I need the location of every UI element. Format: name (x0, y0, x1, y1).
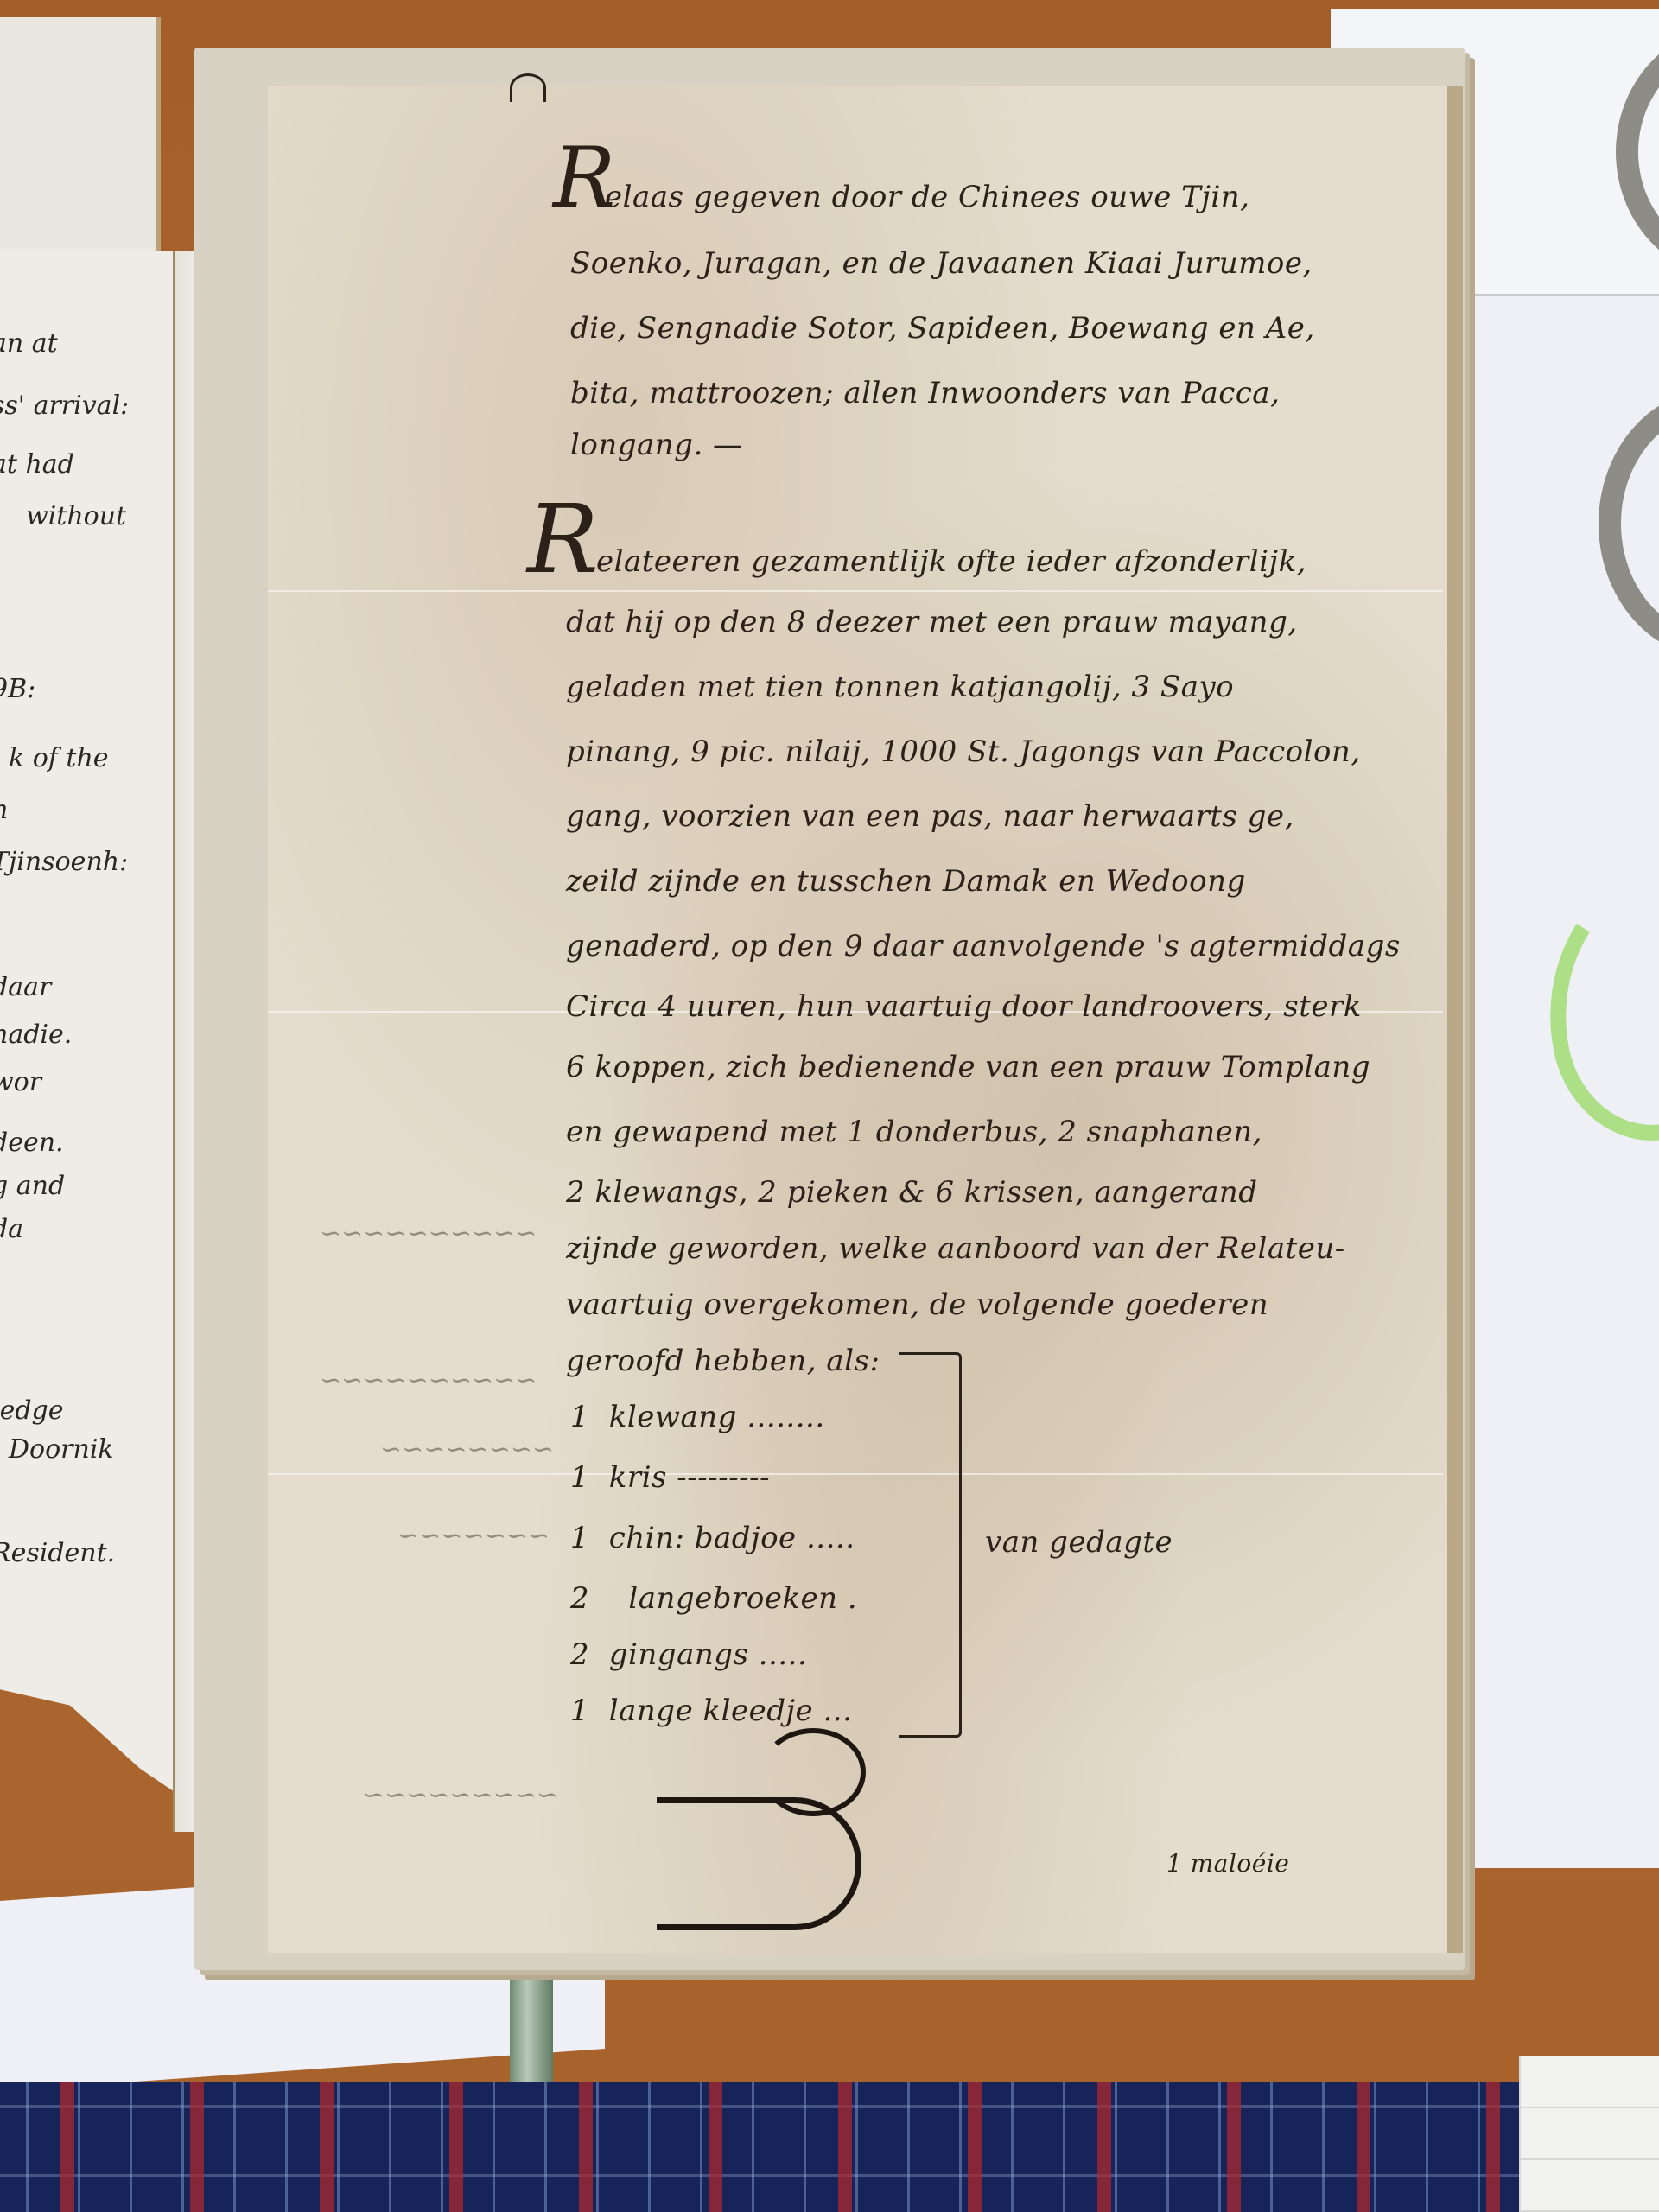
item-qty: 1 (570, 1694, 589, 1728)
left-fragment: da (0, 1214, 23, 1244)
body-line: genaderd, op den 9 daar aanvolgende 's a… (566, 929, 1401, 963)
fold-line (268, 1473, 1443, 1475)
left-fragment: n (0, 795, 8, 825)
item-name: lange kleedje ... (609, 1694, 853, 1728)
left-fragment: an at (0, 328, 58, 359)
body-line: vaartuig overgekomen, de volgende goeder… (566, 1287, 1268, 1322)
body-line: gang, voorzien van een pas, naar herwaar… (566, 799, 1294, 834)
item-name: chin: badjoe ..... (609, 1521, 855, 1555)
item-qty: 2 (570, 1581, 589, 1616)
left-page-top-sheet (0, 17, 161, 259)
inventory-item: 1 lange kleedje ... (570, 1694, 852, 1728)
left-fragment: g and (0, 1171, 65, 1201)
item-qty: 1 (570, 1460, 589, 1495)
body-line: dat hij op den 8 deezer met een prauw ma… (566, 605, 1298, 639)
inventory-item: 1 klewang ........ (570, 1400, 825, 1434)
body-initial: R (527, 484, 599, 594)
body-line: zeild zijnde en tusschen Damak en Wedoon… (566, 864, 1246, 899)
body-line: 2 klewangs, 2 pieken & 6 krissen, aanger… (566, 1175, 1258, 1210)
ribbon-bookmark (510, 1953, 553, 2082)
left-fragment: ss' arrival: (0, 391, 129, 421)
plaid-cloth (0, 2082, 1659, 2212)
left-fragment: wor (0, 1067, 41, 1097)
bleed-through-text: ~~~~~~~~ (380, 1434, 554, 1465)
page-number-mark (510, 73, 546, 102)
signature-flourish (657, 1797, 861, 1930)
item-qty: 1 (570, 1400, 589, 1434)
item-qty: 2 (570, 1637, 589, 1672)
body-line: geroofd hebben, als: (566, 1344, 880, 1378)
left-fragment: k of the (9, 743, 109, 773)
item-qty: 1 (570, 1521, 589, 1555)
fold-line (268, 590, 1443, 592)
heading-line: bita, mattroozen; allen Inwoonders van P… (570, 376, 1280, 410)
body-line: 6 koppen, zich bedienende van een prauw … (566, 1050, 1370, 1084)
inventory-bracket (899, 1352, 962, 1738)
body-line: elateeren gezamentlijk ofte ieder afzond… (596, 544, 1306, 579)
bleed-through-text: ~~~~~~~~~ (363, 1780, 558, 1810)
left-fragment: ledge (0, 1395, 64, 1426)
body-line: en gewapend met 1 donderbus, 2 snaphanen… (566, 1115, 1262, 1149)
left-fragment: nadie. (0, 1020, 72, 1050)
inventory-item: 2 gingangs ..... (570, 1637, 807, 1672)
inventory-item: 1 chin: badjoe ..... (570, 1521, 855, 1555)
body-line: geladen met tien tonnen katjangolij, 3 S… (566, 670, 1234, 704)
bleed-through-text: ~~~~~~~~~~ (320, 1218, 537, 1249)
left-fragment: Resident. (0, 1538, 115, 1568)
left-fragment: Tjinsoenh: (0, 847, 128, 877)
item-name: klewang ........ (609, 1400, 825, 1434)
bleed-through-text: ~~~~~~~ (397, 1521, 550, 1551)
footer-note: 1 maloéie (1166, 1849, 1289, 1878)
bleed-through-text: ~~~~~~~~~~ (320, 1365, 537, 1395)
left-fragment: without (26, 501, 126, 531)
left-fragment: at had (0, 449, 74, 480)
inventory-item: 2 langebroeken . (570, 1581, 857, 1616)
left-fragment: Doornik (9, 1434, 114, 1465)
heading-line: Soenko, Juragan, en de Javaanen Kiaai Ju… (570, 246, 1313, 281)
floor-tile (1519, 2056, 1659, 2212)
body-line: pinang, 9 pic. nilaij, 1000 St. Jagongs … (566, 734, 1361, 769)
left-fragment: 9B: (0, 674, 35, 704)
left-fragment: deen. (0, 1128, 64, 1158)
body-line: Circa 4 uuren, hun vaartuig door landroo… (566, 989, 1362, 1024)
heading-line: elaas gegeven door de Chinees ouwe Tjin, (605, 180, 1249, 214)
item-name: gingangs ..... (609, 1637, 808, 1672)
inventory-item: 1 kris --------- (570, 1460, 770, 1495)
inventory-bracket-note: van gedagte (985, 1525, 1173, 1560)
heading-line: longang. — (570, 428, 743, 462)
heading-line: die, Sengnadie Sotor, Sapideen, Boewang … (570, 311, 1315, 346)
left-fragment: daar (0, 972, 51, 1002)
body-line: zijnde geworden, welke aanboord van der … (566, 1231, 1345, 1266)
item-name: langebroeken . (628, 1581, 857, 1616)
item-name: kris --------- (609, 1460, 770, 1495)
